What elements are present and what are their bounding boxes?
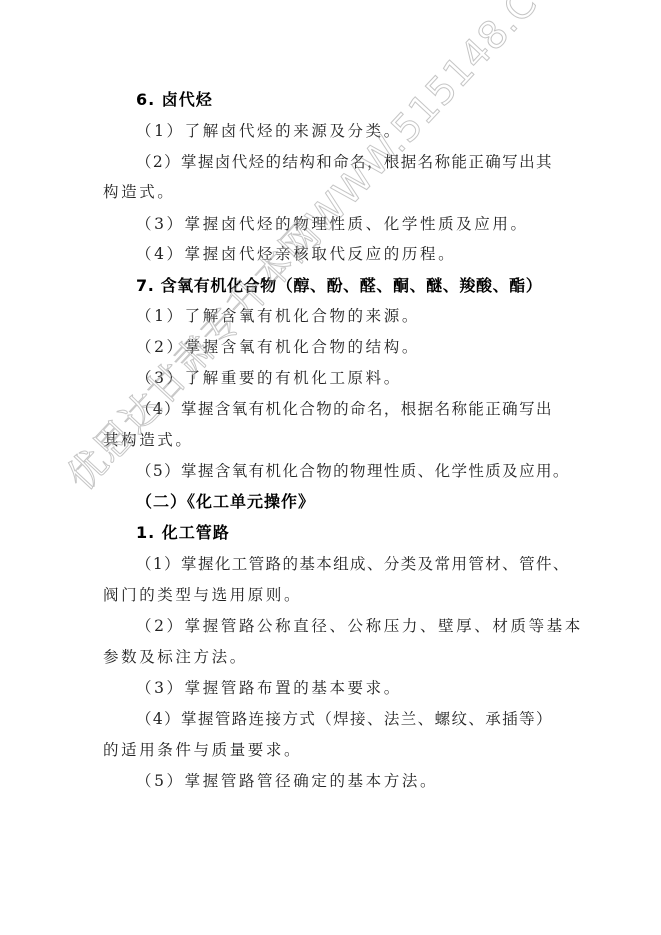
list-item: （3）了解重要的有机化工原料。 (136, 368, 606, 388)
list-item: （1）了解含氧有机化合物的来源。 (136, 306, 606, 326)
list-item: （2）掌握含氧有机化合物的结构。 (136, 337, 606, 357)
document-page: 6. 卤代烃 （1）了解卤代烃的来源及分类。 （2）掌握卤代烃的结构和命名，根据… (0, 0, 661, 935)
list-item: （5）掌握含氧有机化合物的物理性质、化学性质及应用。 (136, 461, 606, 481)
list-item: （5）掌握管路管径确定的基本方法。 (136, 771, 606, 791)
list-item-continuation: 其构造式。 (103, 430, 573, 450)
list-item: （3）掌握卤代烃的物理性质、化学性质及应用。 (136, 214, 606, 234)
section-heading-oxygen-compounds: 7. 含氧有机化合物（醇、酚、醛、酮、醚、羧酸、酯） (136, 276, 606, 296)
list-item-continuation: 的适用条件与质量要求。 (103, 740, 573, 760)
list-item: （4）掌握卤代烃亲核取代反应的历程。 (136, 244, 606, 264)
section-heading-unit-operations: （二）《化工单元操作》 (136, 492, 606, 512)
section-heading-haloalkanes: 6. 卤代烃 (136, 90, 606, 110)
list-item: （2）掌握管路公称直径、公称压力、壁厚、材质等基本 (136, 616, 606, 636)
list-item: （4）掌握含氧有机化合物的命名，根据名称能正确写出 (136, 399, 606, 419)
list-item: （3）掌握管路布置的基本要求。 (136, 678, 606, 698)
list-item: （1）掌握化工管路的基本组成、分类及常用管材、管件、 (136, 554, 606, 574)
list-item-continuation: 参数及标注方法。 (103, 647, 573, 667)
section-heading-piping: 1. 化工管路 (136, 523, 606, 543)
list-item-continuation: 构造式。 (103, 182, 573, 202)
list-item: （1）了解卤代烃的来源及分类。 (136, 121, 606, 141)
list-item: （2）掌握卤代烃的结构和命名，根据名称能正确写出其 (136, 152, 606, 172)
list-item: （4）掌握管路连接方式（焊接、法兰、螺纹、承插等） (136, 709, 606, 729)
list-item-continuation: 阀门的类型与选用原则。 (103, 585, 573, 605)
